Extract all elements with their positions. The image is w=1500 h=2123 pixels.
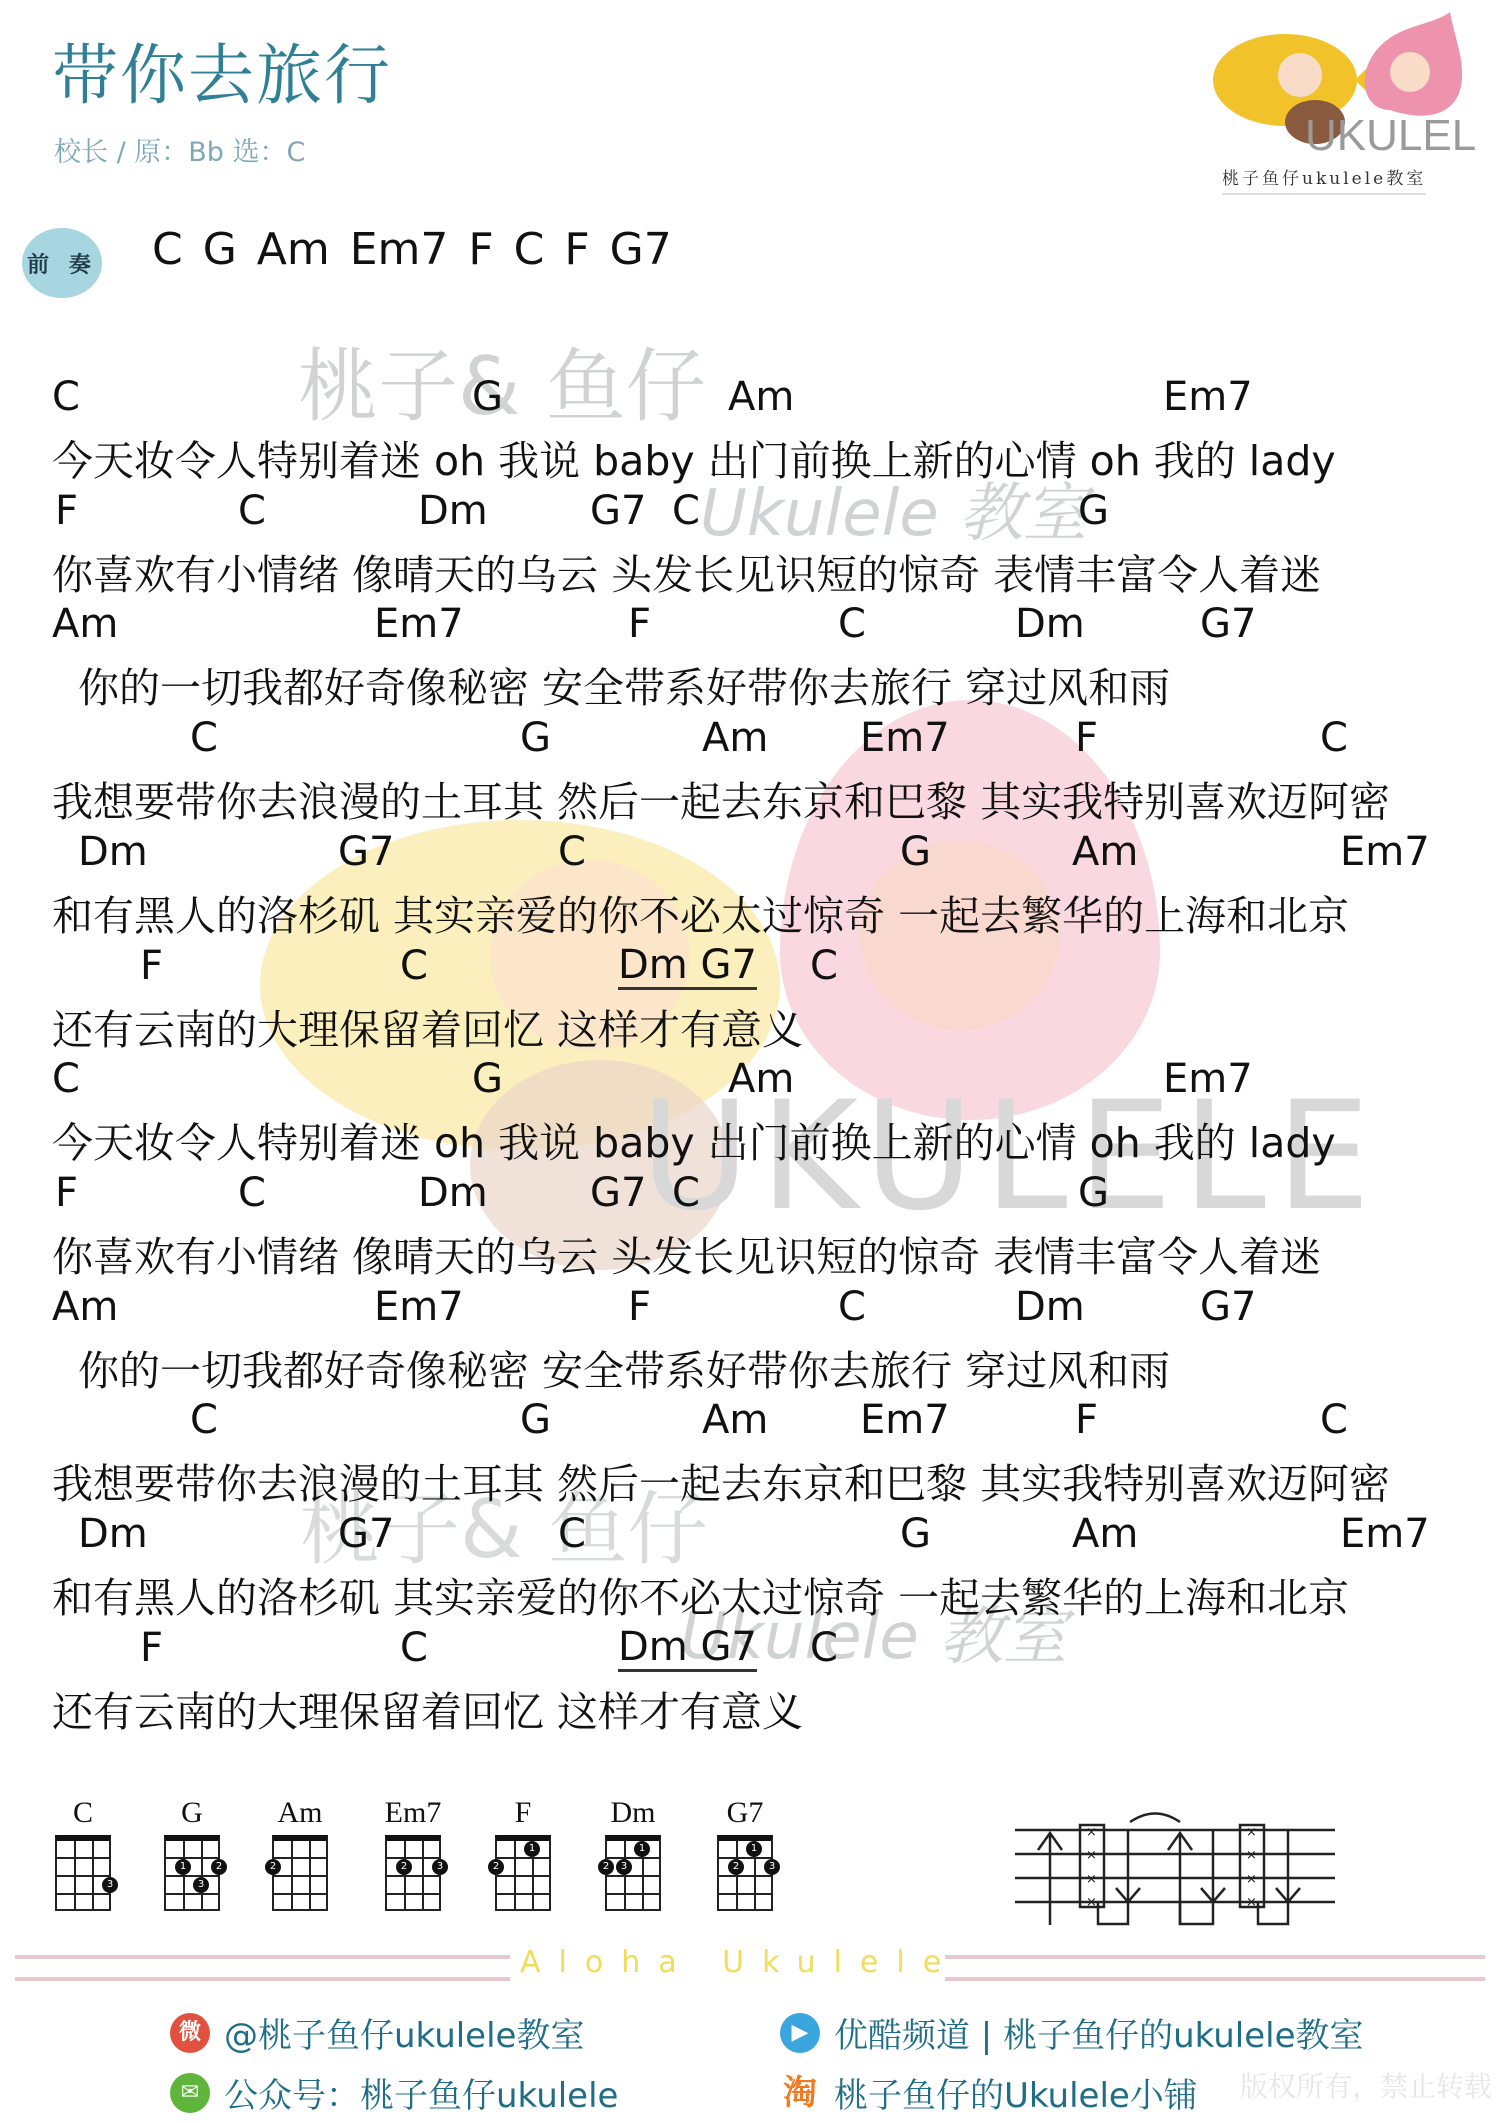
chord-label: F <box>628 1284 651 1330</box>
finger-dot-icon: 3 <box>193 1877 209 1893</box>
svg-text:×: × <box>1246 1825 1257 1840</box>
chord-label: C <box>190 715 218 761</box>
chord-label: G7 <box>338 829 394 875</box>
chord-diagram-name: Am <box>265 1795 335 1831</box>
lyric-line: 和有黑人的洛杉矶 其实亲爱的你不必太过惊奇 一起去繁华的上海和北京 <box>52 883 1349 942</box>
song-title: 带你去旅行 <box>52 22 392 117</box>
chord-label: G <box>900 829 931 875</box>
chord-label: F <box>55 488 78 534</box>
chord-label: C <box>838 1284 866 1330</box>
finger-dot-icon: 2 <box>598 1859 614 1875</box>
chord-label: C <box>558 1511 586 1557</box>
footer-wechat-text: 公众号：桃子鱼仔ukulele <box>224 2068 618 2117</box>
chord-label: Am <box>702 715 768 761</box>
chord-label: C <box>810 943 838 989</box>
strumming-pattern-icon: ×××× ×××× <box>1010 1800 1340 1930</box>
chord-label: C <box>238 1170 266 1216</box>
chord-label: Em7 <box>860 1397 950 1443</box>
svg-text:×: × <box>1086 1872 1097 1887</box>
chord-label: C <box>558 829 586 875</box>
footer-youku[interactable]: ▶ 优酷频道 | 桃子鱼仔的ukulele教室 <box>780 2008 1364 2057</box>
finger-dot-icon: 1 <box>524 1841 540 1857</box>
chord-diagram-name: Dm <box>598 1795 668 1831</box>
fretboard-grid: 12 <box>495 1835 551 1911</box>
chord-label: G7 <box>1200 1284 1256 1330</box>
chord-label: Dm G7 <box>618 943 757 990</box>
fish-peach-mascot-icon: UKULELE <box>1205 10 1475 170</box>
finger-dot-icon: 3 <box>432 1859 448 1875</box>
song-key-info: 校长 / 原：Bb 选：C <box>54 130 305 169</box>
logo-caption: 桃子鱼仔ukulele教室 <box>1222 164 1426 195</box>
finger-dot-icon: 3 <box>616 1859 632 1875</box>
chord-diagram-name: Em7 <box>378 1795 448 1831</box>
svg-text:UKULELE: UKULELE <box>1305 111 1475 160</box>
footer-youku-text: 优酷频道 | 桃子鱼仔的ukulele教室 <box>834 2008 1364 2057</box>
finger-dot-icon: 2 <box>396 1859 412 1875</box>
chord-diagram-name: G <box>157 1795 227 1831</box>
chord-label: G <box>1078 488 1109 534</box>
prelude-badge: 前 奏 <box>22 228 102 298</box>
chord-label: Em7 <box>1163 374 1253 420</box>
fretboard-grid: 123 <box>717 1835 773 1911</box>
chord-label: Dm <box>78 1511 148 1557</box>
chord-label: C <box>52 374 80 420</box>
chord-label: Em7 <box>1340 829 1430 875</box>
chord-label: F <box>55 1170 78 1216</box>
chord-label: F <box>140 1625 163 1671</box>
chord-label: F <box>1075 1397 1098 1443</box>
chord-label: Am <box>702 1397 768 1443</box>
finger-dot-icon: 2 <box>488 1859 504 1875</box>
chord-label: Am <box>52 1284 118 1330</box>
taobao-icon: 淘 <box>780 2073 820 2113</box>
chord-label: F <box>628 601 651 647</box>
copyright-watermark: 版权所有，禁止转载 <box>1240 2065 1492 2105</box>
footer-weibo-text: @桃子鱼仔ukulele教室 <box>224 2008 584 2057</box>
chord-label: Dm G7 <box>618 1625 757 1672</box>
chord-diagram-c: C3 <box>48 1795 118 1911</box>
lyric-line: 还有云南的大理保留着回忆 这样才有意义 <box>52 1679 803 1738</box>
chord-label: Am <box>728 1056 794 1102</box>
strumming-pattern: ×××× ×××× <box>1010 1800 1340 1930</box>
lyric-line: 和有黑人的洛杉矶 其实亲爱的你不必太过惊奇 一起去繁华的上海和北京 <box>52 1565 1349 1624</box>
chord-label: C <box>672 488 700 534</box>
lyric-line: 你喜欢有小情绪 像晴天的乌云 头发长见识短的惊奇 表情丰富令人着迷 <box>52 1224 1321 1283</box>
chord-label: Dm <box>418 1170 488 1216</box>
chord-label: Em7 <box>374 1284 464 1330</box>
chord-label: Am <box>1072 829 1138 875</box>
youku-icon: ▶ <box>780 2013 820 2053</box>
chord-label: Em7 <box>374 601 464 647</box>
footer-wechat[interactable]: ✉ 公众号：桃子鱼仔ukulele <box>170 2068 618 2117</box>
chord-label: G <box>520 715 551 761</box>
svg-text:×: × <box>1086 1825 1097 1840</box>
footer-brand: Aloha Ukulele <box>520 1945 959 1980</box>
svg-text:×: × <box>1086 1848 1097 1863</box>
chord-diagram-name: G7 <box>710 1795 780 1831</box>
lyric-line: 今天妆令人特别着迷 oh 我说 baby 出门前换上新的心情 oh 我的 lad… <box>52 428 1336 487</box>
svg-text:×: × <box>1246 1848 1257 1863</box>
fretboard-grid: 23 <box>385 1835 441 1911</box>
chord-label: Am <box>1072 1511 1138 1557</box>
chord-label: G7 <box>1200 601 1256 647</box>
lyric-line: 今天妆令人特别着迷 oh 我说 baby 出门前换上新的心情 oh 我的 lad… <box>52 1110 1336 1169</box>
chord-label: C <box>672 1170 700 1216</box>
chord-diagram-em7: Em723 <box>378 1795 448 1911</box>
chord-label: C <box>810 1625 838 1671</box>
chord-diagram-name: F <box>488 1795 558 1831</box>
chord-label: Em7 <box>1340 1511 1430 1557</box>
footer-taobao-text: 桃子鱼仔的Ukulele小铺 <box>834 2068 1198 2117</box>
chord-label: C <box>1320 1397 1348 1443</box>
lyric-line: 你的一切我都好奇像秘密 安全带系好带你去旅行 穿过风和雨 <box>78 655 1170 714</box>
chord-label: G <box>472 1056 503 1102</box>
chord-label: Am <box>52 601 118 647</box>
chord-label: C <box>52 1056 80 1102</box>
chord-label: Dm <box>1015 601 1085 647</box>
svg-text:×: × <box>1086 1895 1097 1910</box>
finger-dot-icon: 3 <box>764 1859 780 1875</box>
chord-label: G <box>520 1397 551 1443</box>
chord-diagram-am: Am2 <box>265 1795 335 1911</box>
svg-text:×: × <box>1246 1872 1257 1887</box>
chord-label: F <box>140 943 163 989</box>
lyric-line: 我想要带你去浪漫的土耳其 然后一起去东京和巴黎 其实我特别喜欢迈阿密 <box>52 769 1390 828</box>
lyric-line: 我想要带你去浪漫的土耳其 然后一起去东京和巴黎 其实我特别喜欢迈阿密 <box>52 1451 1390 1510</box>
chord-label: Dm <box>78 829 148 875</box>
fretboard-grid: 3 <box>55 1835 111 1911</box>
footer-divider-left <box>15 1955 510 1981</box>
chord-label: G <box>1078 1170 1109 1216</box>
chord-label: C <box>838 601 866 647</box>
finger-dot-icon: 1 <box>175 1859 191 1875</box>
finger-dot-icon: 3 <box>102 1877 118 1893</box>
chord-label: G7 <box>338 1511 394 1557</box>
finger-dot-icon: 1 <box>746 1841 762 1857</box>
chord-label: C <box>1320 715 1348 761</box>
weibo-icon: 微 <box>170 2013 210 2053</box>
chord-diagram-name: C <box>48 1795 118 1831</box>
fretboard-grid: 2 <box>272 1835 328 1911</box>
svg-text:×: × <box>1246 1895 1257 1910</box>
finger-dot-icon: 2 <box>265 1859 281 1875</box>
fretboard-grid: 123 <box>164 1835 220 1911</box>
footer-taobao[interactable]: 淘 桃子鱼仔的Ukulele小铺 <box>780 2068 1198 2117</box>
chord-label: C <box>400 1625 428 1671</box>
chord-label: Am <box>728 374 794 420</box>
finger-dot-icon: 1 <box>634 1841 650 1857</box>
chord-diagram-f: F12 <box>488 1795 558 1911</box>
chord-label: C <box>400 943 428 989</box>
fretboard-grid: 123 <box>605 1835 661 1911</box>
footer-weibo[interactable]: 微 @桃子鱼仔ukulele教室 <box>170 2008 584 2057</box>
lyric-line: 你喜欢有小情绪 像晴天的乌云 头发长见识短的惊奇 表情丰富令人着迷 <box>52 542 1321 601</box>
chord-label: G <box>472 374 503 420</box>
chord-diagram-dm: Dm123 <box>598 1795 668 1911</box>
chord-label: Em7 <box>860 715 950 761</box>
finger-dot-icon: 2 <box>211 1859 227 1875</box>
chord-label: G <box>900 1511 931 1557</box>
chord-diagram-g7: G7123 <box>710 1795 780 1911</box>
chord-label: C <box>238 488 266 534</box>
finger-dot-icon: 2 <box>728 1859 744 1875</box>
lyric-line: 你的一切我都好奇像秘密 安全带系好带你去旅行 穿过风和雨 <box>78 1338 1170 1397</box>
chord-diagram-g: G123 <box>157 1795 227 1911</box>
chord-label: C <box>190 1397 218 1443</box>
prelude-chords: C G Am Em7 F C F G7 <box>152 224 672 275</box>
chord-label: F <box>1075 715 1098 761</box>
chord-label: G7 <box>590 488 646 534</box>
chord-label: Dm <box>418 488 488 534</box>
lyric-line: 还有云南的大理保留着回忆 这样才有意义 <box>52 997 803 1056</box>
wechat-icon: ✉ <box>170 2073 210 2113</box>
chord-label: G7 <box>590 1170 646 1216</box>
chord-label: Em7 <box>1163 1056 1253 1102</box>
chord-label: Dm <box>1015 1284 1085 1330</box>
footer-divider-right <box>945 1955 1485 1981</box>
